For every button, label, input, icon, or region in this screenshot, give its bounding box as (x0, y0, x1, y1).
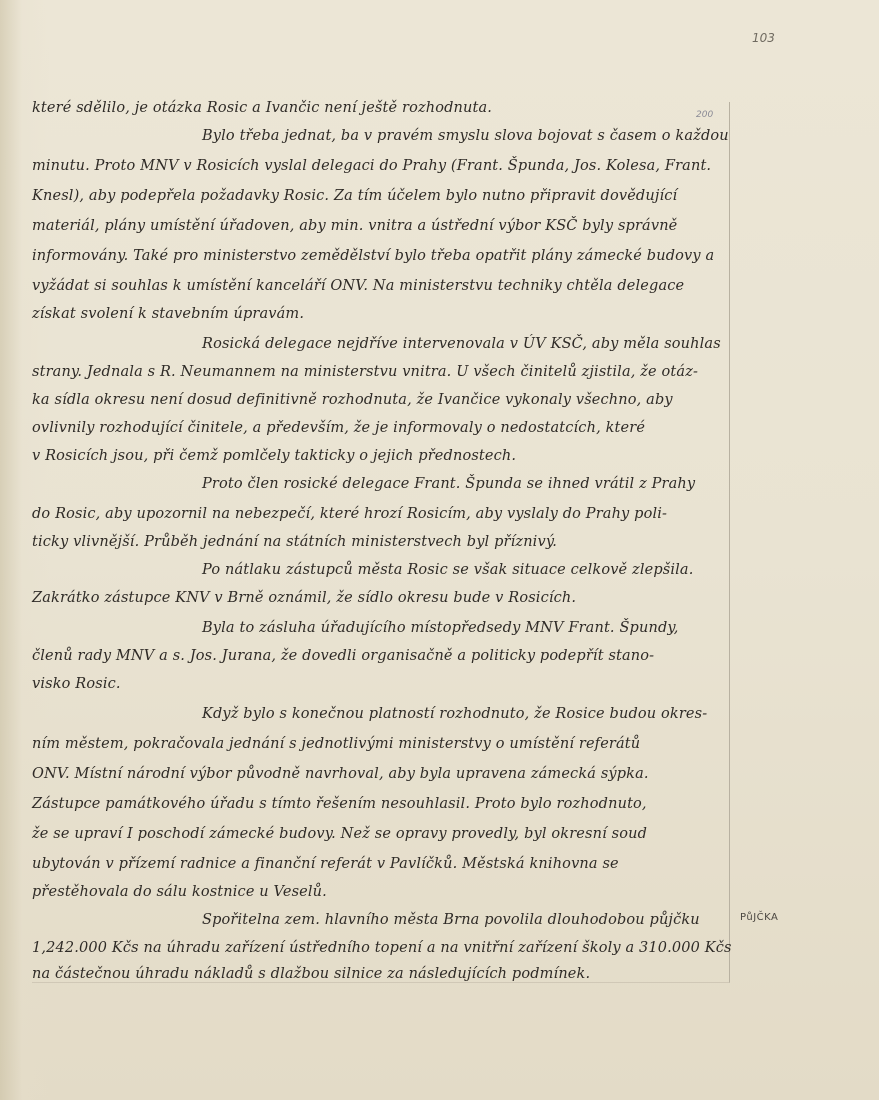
text-column: 200 které sdělilo, je otázka Rosic a Iva… (32, 102, 730, 983)
text-line: členů rady MNV a s. Jos. Jurana, že dove… (32, 648, 654, 664)
text-line: na částečnou úhradu nákladů s dlažbou si… (32, 966, 590, 982)
text-line: ovlivnily rozhodující činitele, a předev… (32, 420, 645, 436)
text-line: Rosická delegace nejdříve intervenovala … (202, 336, 721, 352)
text-line: Knesl), aby podepřela požadavky Rosic. Z… (32, 188, 677, 204)
text-line: Spořitelna zem. hlavního města Brna povo… (202, 912, 700, 928)
text-line: ním městem, pokračovala jednání s jednot… (32, 736, 640, 752)
text-line: Zakrátko zástupce KNV v Brně oznámil, že… (32, 590, 576, 606)
text-line: Zástupce památkového úřadu s tímto řešen… (32, 796, 647, 812)
text-line: informovány. Také pro ministerstvo zeměd… (32, 248, 714, 264)
text-line: přestěhovala do sálu kostnice u Veselů. (32, 884, 327, 900)
text-line: Po nátlaku zástupců města Rosic se však … (202, 562, 694, 578)
text-line: získat svolení k stavebním úpravám. (32, 306, 304, 322)
manuscript-page: 103 200 které sdělilo, je otázka Rosic a… (0, 0, 879, 1100)
margin-note-loan: PůJČKA (740, 912, 778, 923)
text-line: ka sídla okresu není dosud definitivně r… (32, 392, 673, 408)
text-line: materiál, plány umístění úřadoven, aby m… (32, 218, 677, 234)
text-line: Když bylo s konečnou platností rozhodnut… (202, 706, 707, 722)
text-line: Byla to zásluha úřadujícího místopředsed… (202, 620, 679, 636)
text-line: Bylo třeba jednat, ba v pravém smyslu sl… (202, 128, 729, 144)
margin-column: PůJČKA (730, 102, 879, 982)
text-line: 1,242.000 Kčs na úhradu zařízení ústředn… (32, 940, 732, 956)
text-line: strany. Jednala s R. Neumannem na minist… (32, 364, 698, 380)
text-line: ONV. Místní národní výbor původně navrho… (32, 766, 649, 782)
text-line: ticky vlivnější. Průběh jednání na státn… (32, 534, 557, 550)
text-line: v Rosicích jsou, při čemž pomlčely takti… (32, 448, 516, 464)
text-line: které sdělilo, je otázka Rosic a Ivančic… (32, 100, 492, 116)
text-line: ubytován v přízemí radnice a finanční re… (32, 856, 619, 872)
page-number: 103 (752, 31, 775, 45)
text-line: Proto člen rosické delegace Frant. Špund… (202, 476, 695, 492)
text-line: visko Rosic. (32, 676, 121, 692)
text-line: že se upraví I poschodí zámecké budovy. … (32, 826, 647, 842)
text-line: vyžádat si souhlas k umístění kanceláří … (32, 278, 684, 294)
superscript-correction: 200 (696, 110, 713, 120)
text-line: minutu. Proto MNV v Rosicích vyslal dele… (32, 158, 711, 174)
text-line: do Rosic, aby upozornil na nebezpečí, kt… (32, 506, 667, 522)
